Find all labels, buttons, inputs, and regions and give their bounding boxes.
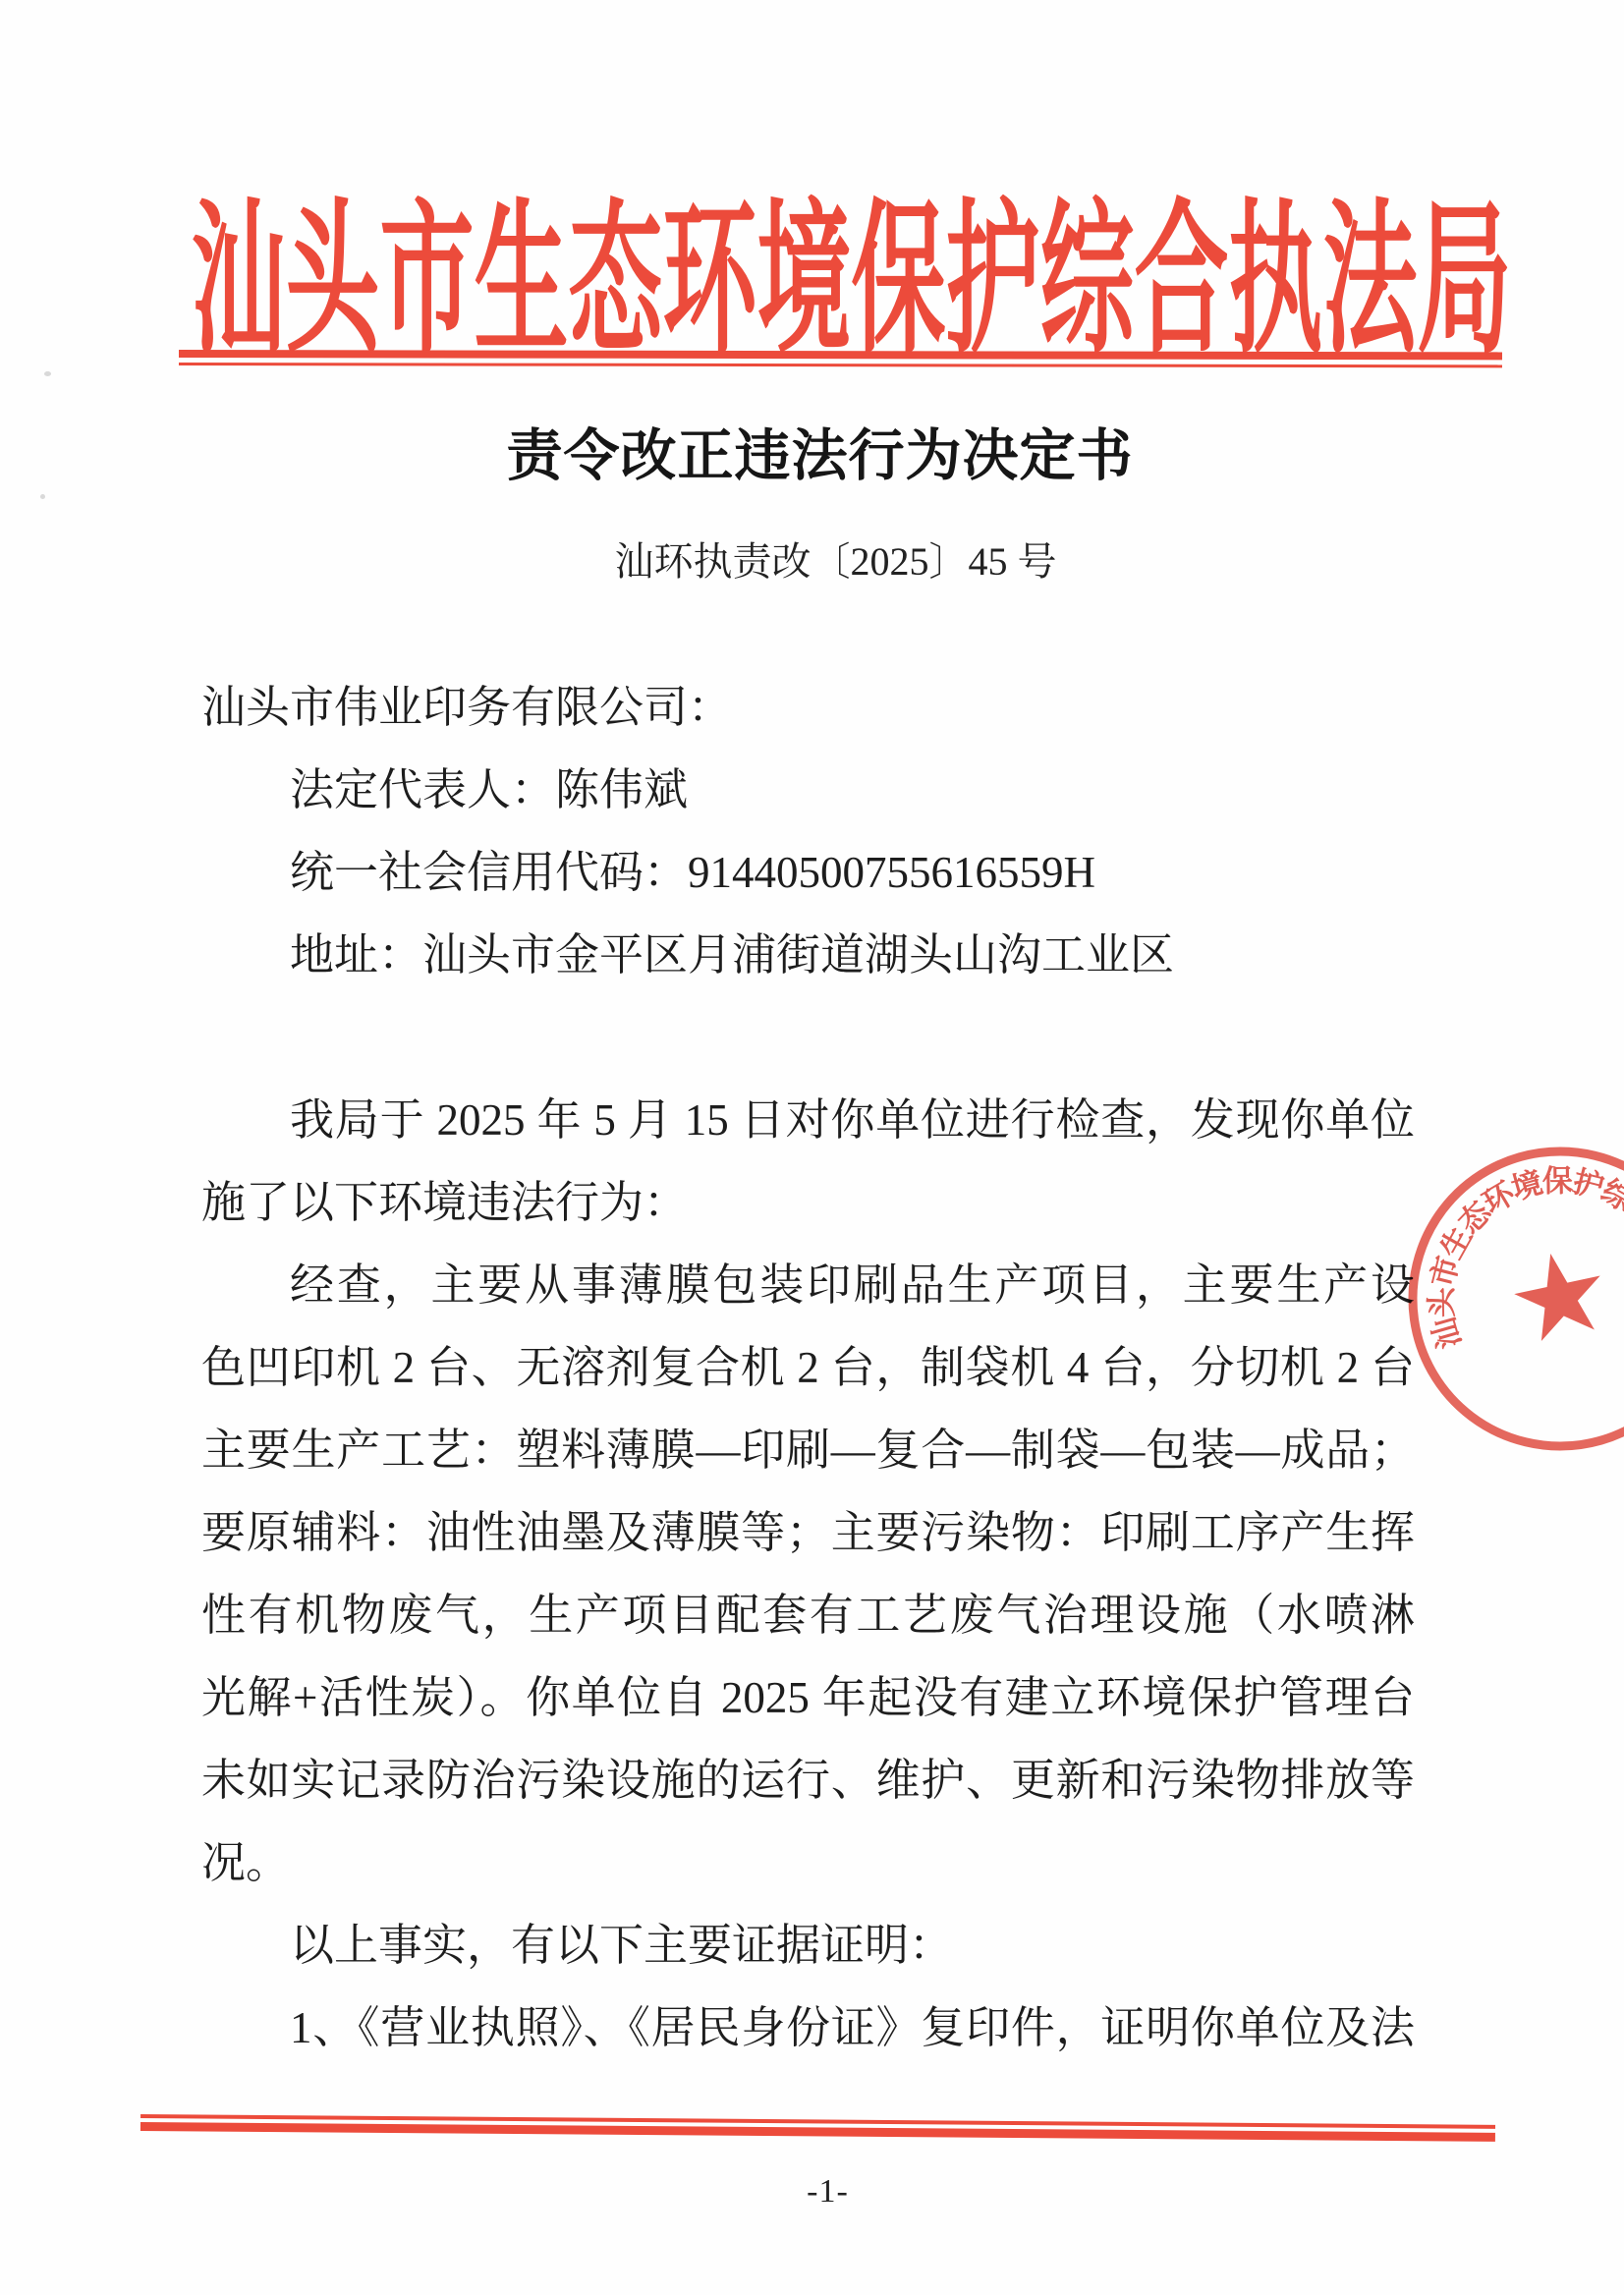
body-line: 未如实记录防治污染设施的运行、维护、更新和污染物排放等情 — [201, 1739, 1415, 1821]
credit-code-line: 统一社会信用代码：91440500755616559H — [201, 831, 1415, 914]
blank-line — [201, 996, 1415, 1079]
masthead-divider — [179, 350, 1502, 367]
document-body: 汕头市伟业印务有限公司： 法定代表人：陈伟斌 统一社会信用代码：91440500… — [201, 666, 1415, 2069]
recipient-company-line: 汕头市伟业印务有限公司： — [201, 666, 1415, 749]
document-page: 汕头市生态环境保护综合执法局 责令改正违法行为决定书 汕环执责改〔2025〕45… — [0, 0, 1624, 2295]
scan-artifact — [40, 494, 45, 499]
body-line: 光解+活性炭）。你单位自 2025 年起没有建立环境保护管理台账， — [201, 1656, 1415, 1739]
evidence-intro-line: 以上事实，有以下主要证据证明： — [201, 1904, 1415, 1987]
document-number: 汕环执责改〔2025〕45 号 — [24, 531, 1624, 587]
body-line: 主要生产工艺：塑料薄膜—印刷—复合—制袋—包装—成品；主 — [201, 1409, 1415, 1491]
legal-representative-line: 法定代表人：陈伟斌 — [201, 749, 1415, 831]
official-seal-stamp: 汕头市生态环境保护综合执法局 — [1372, 1110, 1624, 1487]
body-line: 要原辅料：油性油墨及薄膜等；主要污染物：印刷工序产生挥发 — [201, 1491, 1415, 1574]
body-line: 施了以下环境违法行为： — [201, 1161, 1415, 1244]
scan-artifact — [44, 371, 51, 376]
seal-arc-text: 汕头市生态环境保护综合执法局 — [1406, 1146, 1624, 1354]
body-line: 色凹印机 2 台、无溶剂复合机 2 台，制袋机 4 台，分切机 2 台等； — [201, 1326, 1415, 1409]
body-line: 我局于 2025 年 5 月 15 日对你单位进行检查，发现你单位实 — [201, 1079, 1415, 1161]
body-line: 性有机物废气，生产项目配套有工艺废气治理设施（水喷淋+UV — [201, 1574, 1415, 1656]
footer-divider — [140, 2114, 1495, 2142]
evidence-item-line: 1、《营业执照》、《居民身份证》复印件，证明你单位及法 — [201, 1987, 1415, 2069]
body-line: 况。 — [201, 1821, 1415, 1904]
document-title: 责令改正违法行为决定书 — [8, 411, 1624, 491]
seal-arc-text-holder: 汕头市生态环境保护综合执法局 — [1406, 1146, 1624, 1354]
page-number: -1- — [16, 2173, 1624, 2211]
body-line: 经查，主要从事薄膜包装印刷品生产项目，主要生产设备：8 — [201, 1244, 1415, 1326]
seal-star-icon — [1508, 1245, 1611, 1345]
address-line: 地址：汕头市金平区月浦街道湖头山沟工业区 — [201, 914, 1415, 996]
